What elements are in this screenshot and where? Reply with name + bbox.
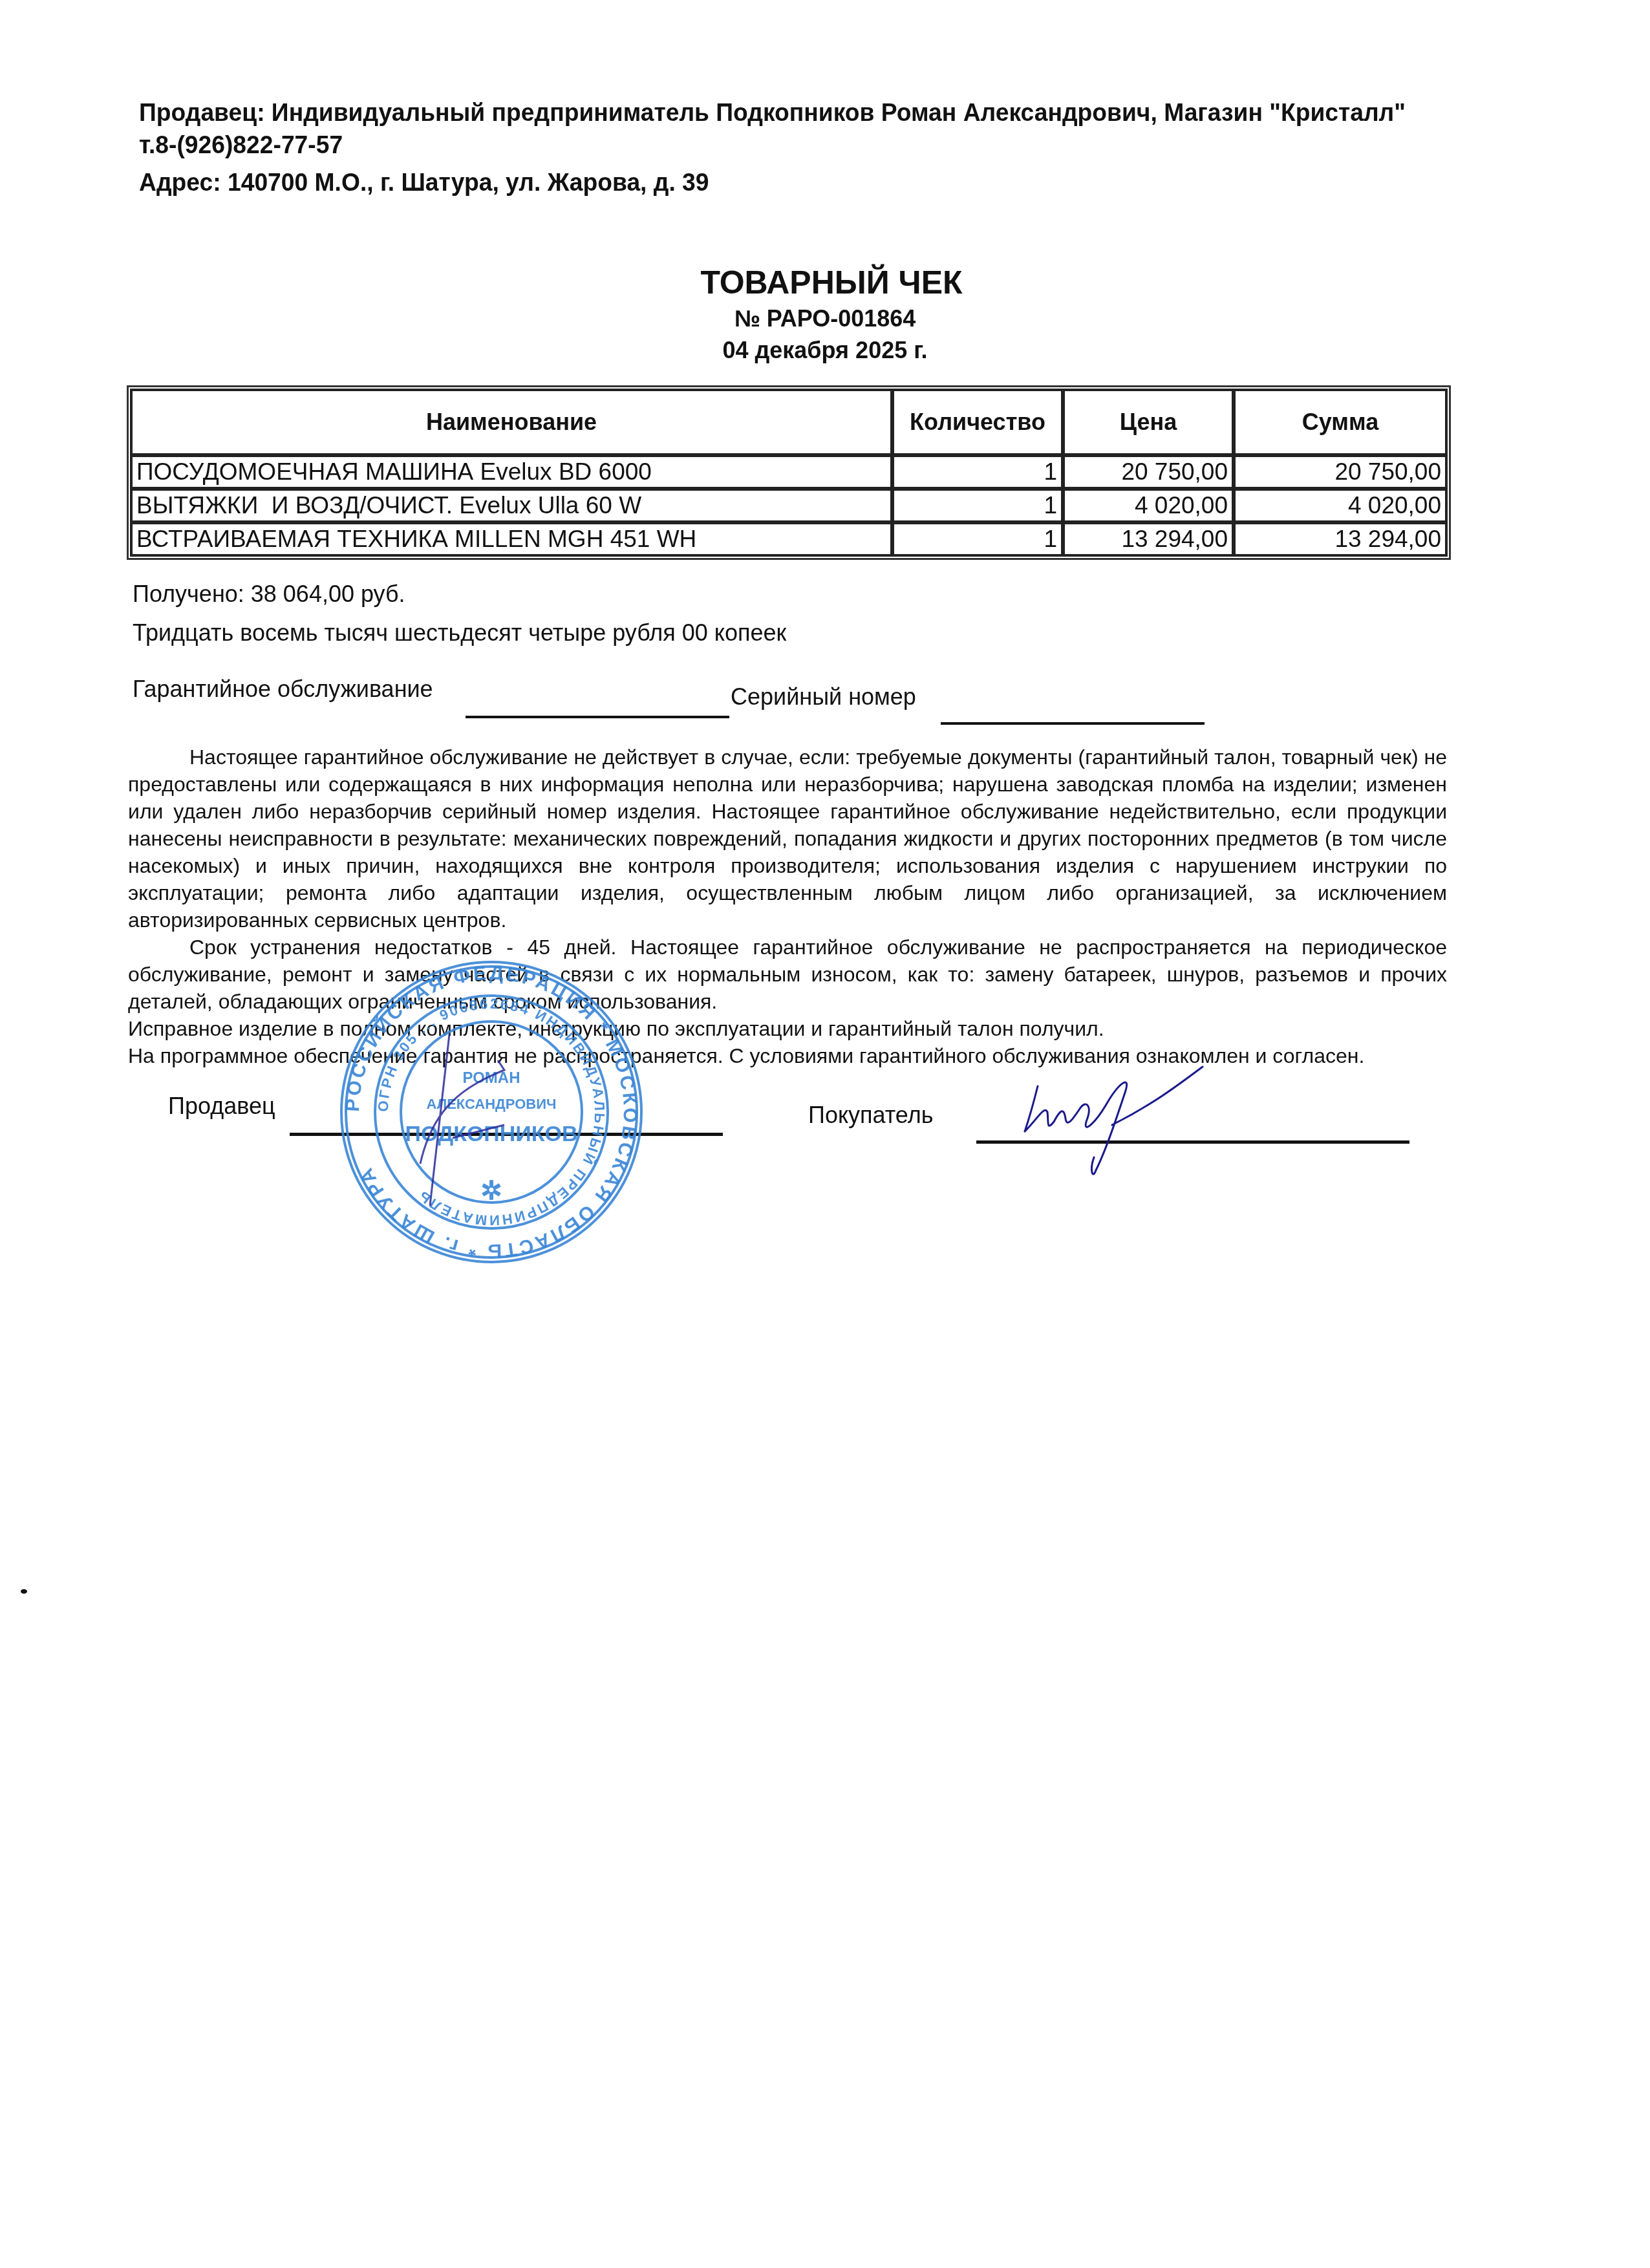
header-sum: Сумма xyxy=(1234,389,1447,455)
cell-name: ПОСУДОМОЕЧНАЯ МАШИНА Evelux BD 6000 xyxy=(131,455,892,489)
cell-sum: 20 750,00 xyxy=(1234,455,1447,489)
buyer-signature-label: Покупатель xyxy=(808,1102,933,1129)
seller-phone: т.8-(926)822-77-57 xyxy=(139,129,1406,162)
table-row: ВЫТЯЖКИ И ВОЗД/ОЧИСТ. Evelux Ulla 60 W 1… xyxy=(131,489,1447,522)
signature-row: Продавец Покупатель xyxy=(0,1093,1650,1144)
cell-name: ВЫТЯЖКИ И ВОЗД/ОЧИСТ. Evelux Ulla 60 W xyxy=(131,489,892,522)
document-number: № РАРО-001864 xyxy=(0,303,1650,334)
warranty-label: Гарантийное обслуживание xyxy=(133,676,433,703)
serial-label: Серийный номер xyxy=(731,683,916,711)
payment-summary: Получено: 38 064,00 руб. Тридцать восемь… xyxy=(133,579,786,648)
handwritten-signature-icon xyxy=(1009,1060,1254,1190)
cell-sum: 4 020,00 xyxy=(1234,489,1447,522)
buyer-signature xyxy=(1009,1060,1254,1190)
cell-name: ВСТРАИВАЕМАЯ ТЕХНИКА MILLEN MGH 451 WH xyxy=(131,522,892,556)
header-quantity: Количество xyxy=(892,389,1063,455)
seal-icon: РОССИЙСКАЯ ФЕДЕРАЦИЯ * МОСКОВСКАЯ ОБЛАСТ… xyxy=(336,957,647,1267)
serial-blank-line[interactable] xyxy=(941,722,1205,725)
document-title: ТОВАРНЫЙ ЧЕК xyxy=(0,262,1650,303)
cell-price: 13 294,00 xyxy=(1063,522,1234,556)
seal-stamp: РОССИЙСКАЯ ФЕДЕРАЦИЯ * МОСКОВСКАЯ ОБЛАСТ… xyxy=(336,957,647,1267)
terms-paragraph-3: Исправное изделие в полном комплекте, ин… xyxy=(128,1015,1447,1042)
terms-paragraph-2: Срок устранения недостатков - 45 дней. Н… xyxy=(128,934,1447,1015)
cell-quantity: 1 xyxy=(892,489,1063,522)
svg-text:РОМАН: РОМАН xyxy=(462,1069,520,1087)
document-header: ТОВАРНЫЙ ЧЕК № РАРО-001864 04 декабря 20… xyxy=(0,262,1650,367)
header-name: Наименование xyxy=(131,389,892,455)
seller-name: Продавец: Индивидуальный предприниматель… xyxy=(139,97,1406,129)
document-date: 04 декабря 2025 г. xyxy=(0,334,1650,367)
seller-signature-label: Продавец xyxy=(168,1093,275,1120)
seller-info: Продавец: Индивидуальный предприниматель… xyxy=(139,97,1406,199)
cell-quantity: 1 xyxy=(892,522,1063,556)
warranty-blank-line[interactable] xyxy=(466,716,729,718)
cell-price: 20 750,00 xyxy=(1063,455,1234,489)
cell-price: 4 020,00 xyxy=(1063,489,1234,522)
svg-text:✲: ✲ xyxy=(480,1177,502,1205)
amount-received: Получено: 38 064,00 руб. xyxy=(133,579,786,610)
terms-paragraph-1: Настоящее гарантийное обслуживание не де… xyxy=(128,744,1447,934)
table-header-row: Наименование Количество Цена Сумма xyxy=(131,389,1447,455)
scan-artifact xyxy=(21,1589,27,1594)
cell-sum: 13 294,00 xyxy=(1234,522,1447,556)
seller-address: Адрес: 140700 М.О., г. Шатура, ул. Жаров… xyxy=(139,167,1406,199)
warranty-terms: Настоящее гарантийное обслуживание не де… xyxy=(128,744,1447,1069)
cell-quantity: 1 xyxy=(892,455,1063,489)
table-row: ПОСУДОМОЕЧНАЯ МАШИНА Evelux BD 6000 1 20… xyxy=(131,455,1447,489)
table-row: ВСТРАИВАЕМАЯ ТЕХНИКА MILLEN MGH 451 WH 1… xyxy=(131,522,1447,556)
warranty-fields: Гарантийное обслуживание Серийный номер xyxy=(133,676,1232,721)
goods-table: Наименование Количество Цена Сумма ПОСУД… xyxy=(128,387,1450,559)
header-price: Цена xyxy=(1063,389,1234,455)
amount-in-words: Тридцать восемь тысяч шестьдесят четыре … xyxy=(133,617,786,648)
